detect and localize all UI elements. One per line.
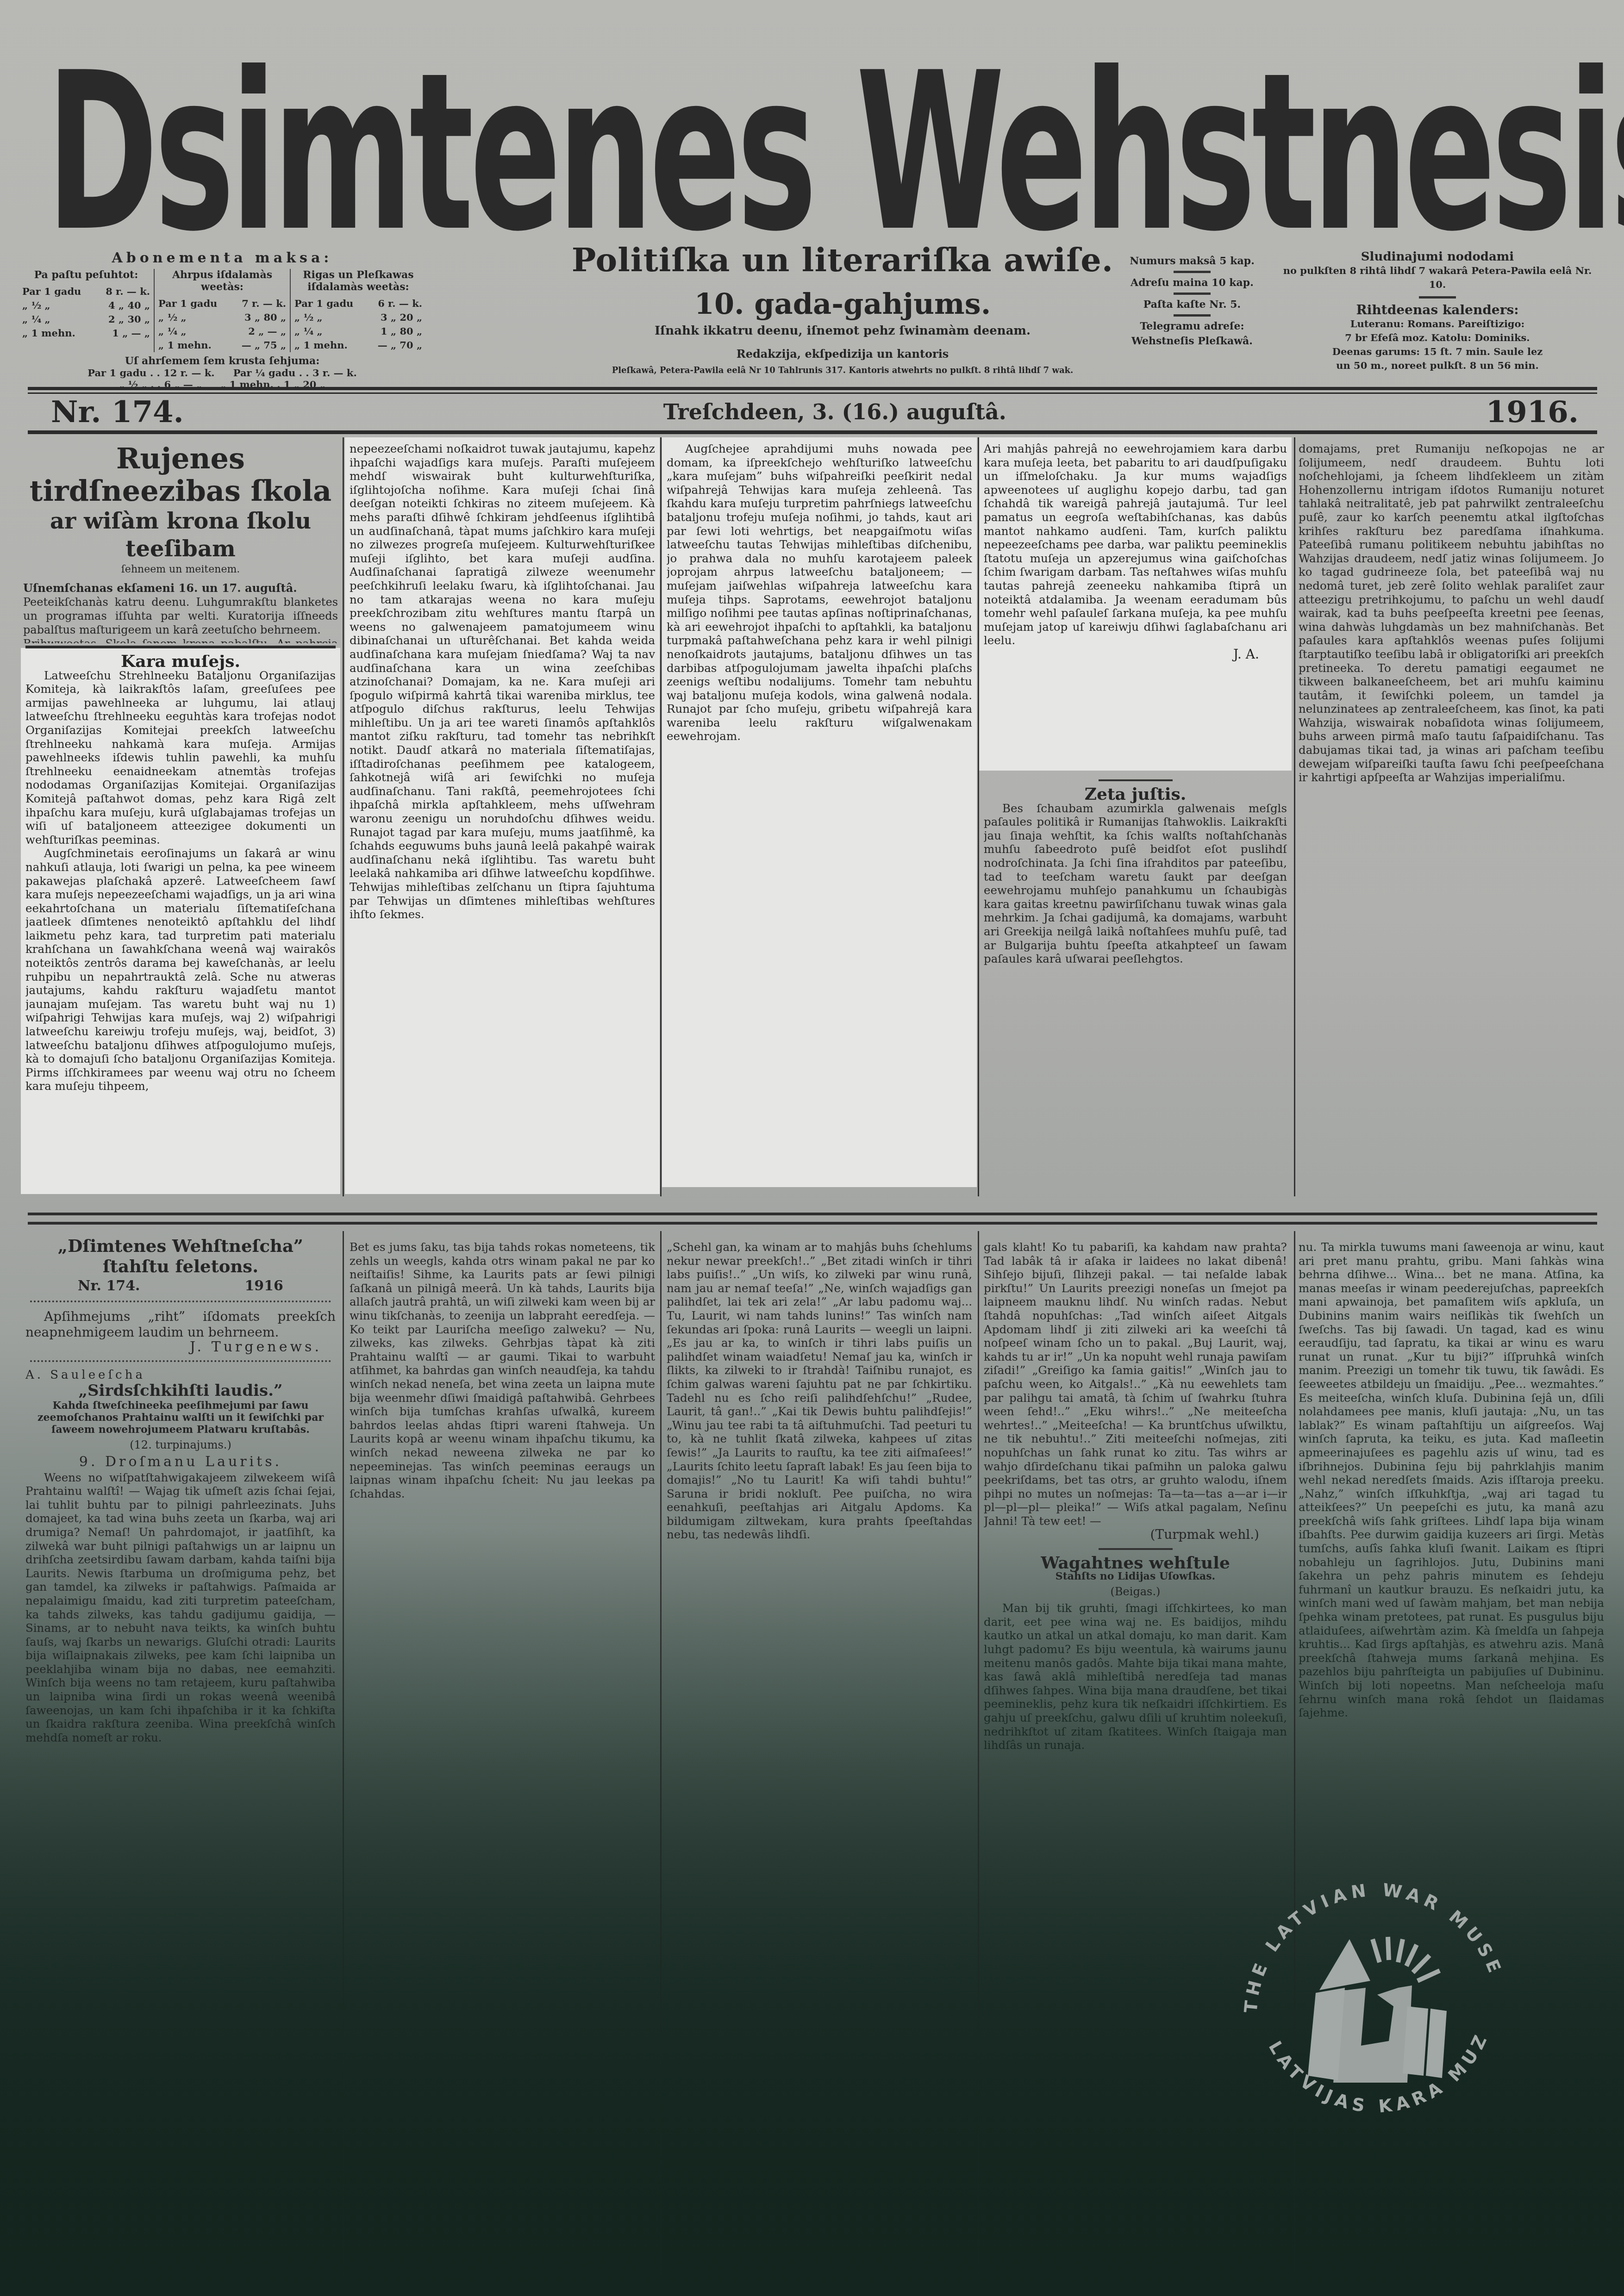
editorial-address: Pleſkawâ, Petera-Pawila eelâ Nr 10 Tahlr… — [556, 366, 1130, 375]
masthead-subtitle: Politiſka un literariſka awiſe. — [565, 241, 1120, 279]
section-double-rule — [28, 1213, 1597, 1225]
issue-number: Nr. 174. — [51, 395, 184, 429]
paragraph: Ari mahjâs pahrejâ no eewehrojamiem kara… — [984, 442, 1287, 647]
paragraph: Latweeſchu Strehlneeku Bataljonu Organiſ… — [25, 669, 336, 847]
divider — [1174, 271, 1211, 273]
masthead-title: Dsimtenes Wehstnesis — [46, 56, 993, 250]
story-subtitle: Kahda ſtweſchineeka peeſihmejumi par ſaw… — [25, 1400, 336, 1436]
issue-date: Treſchdeen, 3. (16.) auguſtâ. — [663, 399, 1006, 424]
story-title: „Sirdsſchkihſti laudis.” — [25, 1384, 336, 1398]
calendar-line: Deenas garums: 15 ſt. 7 min. Saule lez — [1278, 345, 1597, 359]
paragraph: Augſchejee aprahdijumi muhs nowada pee d… — [667, 442, 972, 743]
chapter-title: 9. Droſmanu Laurits. — [25, 1455, 336, 1469]
address-change-price: Adreſu maina 10 kap. — [1120, 277, 1264, 289]
price: — „ 70 „ — [378, 338, 422, 352]
paragraph: „Schehl gan, ka winam ar to mahjâs buhs … — [667, 1240, 972, 1542]
period: „ 1 mehn. — [22, 326, 75, 340]
price: 4 „ 40 „ — [108, 299, 150, 312]
latvian-war-museum-logo: THE LATVIAN WAR MUSEUM - 110 LATVIJAS KA… — [1213, 1823, 1537, 2147]
wavy-rule — [30, 1356, 331, 1362]
divider — [1419, 296, 1456, 299]
paragraph: Bes ſchaubam azumirkla galwenais meſgls … — [984, 802, 1287, 966]
divider — [1099, 779, 1173, 781]
column-rule — [343, 437, 344, 1196]
price: 1 „ — „ — [112, 326, 150, 340]
column-rule — [660, 437, 662, 1196]
volume-line: 10. gada-gahjums. — [565, 287, 1120, 321]
article-war-museum-col2: nepeezeeſchami noſkaidrot tuwak jautajum… — [350, 442, 655, 1192]
issue-frequency: Iſnahk ikkatru deenu, iſnemot pehz ſwina… — [565, 324, 1120, 338]
price: 6 r. — k. — [378, 297, 422, 311]
period: „ ½ „ — [158, 311, 187, 324]
logo-text-top: THE LATVIAN WAR MUSEUM - 110 — [1213, 1823, 1506, 2014]
calendar-line: Luteranu: Romans. Pareiſtizigo: — [1278, 317, 1597, 331]
article-right-column: domajams, pret Rumaniju neſkopojas ne ar… — [1299, 442, 1604, 1192]
paragraph: domajams, pret Rumaniju neſkopojas ne ar… — [1299, 442, 1604, 784]
calendar-line: 7 br Efeſâ moz. Katolu: Dominiks. — [1278, 331, 1597, 345]
article-war-museum-col1: Kara muſejs. Latweeſchu Strehlneeku Bata… — [25, 655, 336, 1192]
feuilleton-year: 1916 — [244, 1279, 283, 1293]
story-author: A. Sauleeſcha — [25, 1369, 336, 1382]
issue-year: 1916. — [1486, 395, 1579, 429]
price: 1 „ 80 „ — [381, 324, 422, 338]
article-zeta: Zeta juſtis. Bes ſchaubam azumirkla galw… — [984, 773, 1287, 1194]
subscription-box: Abonementa maksa: Pa paſtu peſuhtot: Par… — [19, 250, 426, 390]
sunburst-icon — [1373, 1937, 1440, 1981]
subscription-title: Abonementa maksa: — [19, 250, 426, 266]
telegram-label: Telegramu adreſe: — [1120, 320, 1264, 332]
period: Par 1 gadu — [22, 285, 81, 299]
column-rule — [978, 437, 979, 1196]
period: „ ¼ „ — [22, 312, 50, 326]
ad-title: Rujenes tirdſneezibas ſkola — [23, 442, 338, 507]
period: „ ½ „ — [22, 299, 50, 312]
col-header: Ahrpus iſdalamàs weetàs: — [158, 269, 286, 293]
price: 3 „ 80 „ — [244, 311, 286, 324]
rule-top — [28, 387, 1597, 390]
epigraph: Apſihmejums „riht” iſdomats preekſch nea… — [25, 1309, 336, 1340]
ads-calendar-info: Sludinajumi nododami no pulkſten 8 rihtâ… — [1278, 250, 1597, 373]
subscription-col-riga: Rigas un Pleſkawas iſdalamàs weetàs: Par… — [291, 269, 426, 352]
col-header: Rigas un Pleſkawas iſdalamàs weetàs: — [294, 269, 422, 293]
period: „ ¼ „ — [158, 324, 187, 338]
date-bar: Nr. 174. Treſchdeen, 3. (16.) auguſtâ. 1… — [51, 393, 1579, 430]
price: 2 „ — „ — [248, 324, 286, 338]
calendar-title: Rihtdeenas kalenders: — [1278, 303, 1597, 317]
calendar-line: un 50 m., noreet pulkſt. 8 un 56 min. — [1278, 359, 1597, 373]
article-war-museum-col3: Augſchejee aprahdijumi muhs nowada pee d… — [667, 442, 972, 1182]
telegram-address: Wehstneſis Pleſkawâ. — [1120, 335, 1264, 347]
wavy-rule — [30, 1296, 331, 1302]
article-signature: J. A. — [984, 647, 1287, 661]
ad-line: Peeteikſchanàs katru deenu. Luhgumrakſtu… — [23, 595, 338, 637]
paragraph: Bet es jums ſaku, tas bija tahds rokas n… — [350, 1240, 655, 1500]
price-info: Numurs maksâ 5 kap. Adreſu maina 10 kap.… — [1120, 252, 1264, 350]
feuilleton-issue: Nr. 174. — [78, 1279, 140, 1293]
divider — [1174, 314, 1211, 317]
newspaper-page: Dsimtenes Wehstnesis Abonementa maksa: P… — [0, 0, 1624, 2296]
period: „ ½ „ — [294, 311, 323, 324]
abroad-price: Par ¼ gadu . . 3 r. — k. — [233, 367, 357, 379]
issue-price: Numurs maksâ 5 kap. — [1120, 255, 1264, 267]
abroad-title: Uſ ahrſemem ſem krusta ſehjuma: — [19, 355, 426, 367]
ads-text: no pulkſten 8 rihtâ lihdſ 7 wakarâ Peter… — [1278, 264, 1597, 292]
period: Par 1 gadu — [294, 297, 353, 311]
price: 3 „ 20 „ — [381, 311, 422, 324]
paragraph: gals klaht! Ko tu pabariſi, ka kahdam na… — [984, 1240, 1287, 1528]
ad-audience: ſehneem un meitenem. — [23, 563, 338, 577]
feuilleton-header: „Dſimtenes Wehſtneſcha” ſtahſtu feletons… — [25, 1236, 336, 1276]
svg-text:THE LATVIAN WAR MUSEUM - 110: THE LATVIAN WAR MUSEUM - 110 — [1213, 1823, 1506, 2014]
rule-bottom — [28, 430, 1597, 434]
price: 8 r. — k. — [106, 285, 150, 299]
ad-line: Uſnemſchanas ekſameni 16. un 17. auguſtâ… — [23, 581, 338, 595]
period: Par 1 gadu — [158, 297, 217, 311]
ads-title: Sludinajumi nododami — [1278, 250, 1597, 264]
price: 2 „ 30 „ — [108, 312, 150, 326]
epigraph-author: J. Turgenews. — [25, 1340, 336, 1354]
continuation-note: (12. turpinajums.) — [25, 1438, 336, 1452]
article-title: Kara muſejs. — [25, 655, 336, 669]
divider — [1174, 292, 1211, 295]
period: „ ¼ „ — [294, 324, 323, 338]
article-war-museum-col4: Ari mahjâs pahrejâ no eewehrojamiem kara… — [984, 442, 1287, 766]
ad-subtitle: ar wiſàm krona ſkolu teeſibam — [23, 507, 338, 563]
subscription-col-outside: Ahrpus iſdalamàs weetàs: Par 1 gadu7 r. … — [155, 269, 291, 352]
period: „ 1 mehn. — [294, 338, 348, 352]
col-header: Pa paſtu peſuhtot: — [22, 269, 150, 281]
school-advertisement: Rujenes tirdſneezibas ſkola ar wiſàm kro… — [23, 440, 338, 643]
column-rule — [1294, 437, 1295, 1196]
abroad-price: Par 1 gadu . . 12 r. — k. — [87, 367, 214, 379]
price: — „ 75 „ — [242, 338, 286, 352]
paragraph: Augſchminetais eeroſinajums un ſakarâ ar… — [25, 846, 336, 1093]
editorial-label: Redakzija, ekſpedizija un kantoris — [565, 347, 1120, 361]
article-title: Zeta juſtis. — [984, 788, 1287, 802]
period: „ 1 mehn. — [158, 338, 212, 352]
ad-rule — [25, 646, 336, 648]
postbox: Paſta kaſte Nr. 5. — [1120, 299, 1264, 311]
ad-line: Brihwweetas. Skola ſanem krona pabalſtu.… — [23, 637, 338, 643]
subscription-col-post: Pa paſtu peſuhtot: Par 1 gadu8 r. — k. „… — [19, 269, 155, 352]
paragraph: nepeezeeſchami noſkaidrot tuwak jautajum… — [350, 442, 655, 921]
price: 7 r. — k. — [242, 297, 286, 311]
